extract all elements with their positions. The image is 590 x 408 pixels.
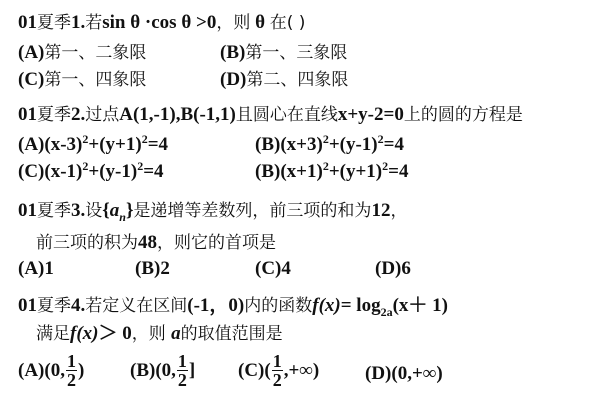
option-value: 4	[281, 258, 291, 279]
q2-season: 夏季	[37, 105, 71, 125]
option-expr: (x-1)	[44, 161, 82, 182]
question-2-stem: 01夏季2.过点A(1,-1),B(-1,1)且圆心在直线x+y-2=0上的圆的…	[18, 104, 523, 126]
q1-option-c: (C)第一、四象限	[18, 69, 146, 91]
option-expr: +(y+1)	[88, 134, 141, 155]
q2-line-equation: x+y-2=0	[338, 104, 404, 125]
q2-points: A(1,-1),B(-1,1)	[119, 104, 236, 125]
option-label: (A)	[18, 258, 44, 279]
q1-text: 若	[85, 13, 102, 33]
q2-prefix: 01	[18, 104, 37, 125]
q1-season: 夏季	[37, 13, 71, 33]
q4-number: 4.	[71, 295, 85, 316]
q3-text: ，	[390, 201, 407, 221]
q4-option-c: (C)( 12 ,+∞)	[238, 352, 319, 389]
q1-blank: 在( )	[270, 13, 306, 33]
q3-text: ，则它的首项是	[157, 233, 276, 253]
option-expr: (x-3)	[44, 134, 82, 155]
q2-option-c: (C)(x-1)2+(y-1)2=4	[18, 161, 164, 183]
option-expr: +(y+1)	[329, 161, 382, 182]
option-label: (B)	[255, 134, 280, 155]
option-expr: =4	[384, 134, 404, 155]
question-4-stem: 01夏季4.若定义在区间(-1，0)内的函数f(x)= log2a(x＋ 1)	[18, 295, 448, 317]
option-value: 6	[401, 258, 411, 279]
question-4-stem-line2: 满足f(x)＞ 0，则 a的取值范围是	[36, 323, 283, 345]
q4-function-arg: (x)	[76, 323, 98, 344]
option-expr: +(y-1)	[88, 161, 137, 182]
option-text: 第一、四象限	[44, 70, 146, 90]
q4-prefix: 01	[18, 295, 37, 316]
option-label: (C)	[18, 69, 44, 90]
option-value: 2	[160, 258, 170, 279]
q4-option-b: (B)(0, 12 ]	[130, 352, 195, 389]
q3-season: 夏季	[37, 201, 71, 221]
q3-brace: {	[102, 200, 110, 221]
option-text: 第一、三象限	[245, 43, 347, 63]
q3-option-c: (C)4	[255, 258, 291, 280]
q3-text: 设	[85, 201, 102, 221]
fraction: 12	[66, 352, 77, 389]
option-label: (D)	[220, 69, 246, 90]
q2-text: 上的圆的方程是	[404, 105, 523, 125]
option-label: (B)	[130, 360, 155, 382]
q4-text: 内的函数	[244, 296, 312, 316]
q4-variable-a: a	[171, 323, 181, 344]
option-expr: (0,+∞)	[391, 363, 442, 385]
q2-option-a: (A)(x-3)2+(y+1)2=4	[18, 134, 168, 156]
q3-sum: 12	[371, 200, 390, 221]
q1-text: ，则	[216, 13, 250, 33]
q4-option-a: (A)(0, 12 )	[18, 352, 84, 389]
q2-option-d: (B)(x+1)2+(y+1)2=4	[255, 161, 408, 183]
option-expr: =4	[388, 161, 408, 182]
q3-product: 48	[138, 232, 157, 253]
q3-prefix: 01	[18, 200, 37, 221]
fraction: 12	[272, 352, 283, 389]
q2-option-b: (B)(x+3)2+(y-1)2=4	[255, 134, 404, 156]
q2-text: 过点	[85, 105, 119, 125]
q1-option-d: (D)第二、四象限	[220, 69, 348, 91]
q1-number: 1.	[71, 12, 85, 33]
q3-option-a: (A)1	[18, 258, 54, 280]
numerator: 1	[272, 352, 283, 371]
question-1-stem: 01夏季1.若sin θ ·cos θ >0，则 θ 在( )	[18, 12, 305, 34]
q4-interval: (-1，0)	[187, 295, 244, 316]
q3-option-d: (D)6	[375, 258, 411, 280]
q4-text: 若定义在区间	[85, 296, 187, 316]
q1-option-a: (A)第一、二象限	[18, 42, 146, 64]
q4-text: ，则	[132, 324, 171, 344]
q3-number: 3.	[71, 200, 85, 221]
option-label: (C)	[238, 360, 264, 382]
option-label: (D)	[365, 363, 391, 385]
q2-number: 2.	[71, 104, 85, 125]
q4-log: = log	[341, 295, 381, 316]
denominator: 2	[177, 371, 188, 389]
option-label: (D)	[375, 258, 401, 279]
numerator: 1	[177, 352, 188, 371]
option-expr: =4	[143, 161, 163, 182]
q4-function-arg: (x)	[319, 295, 341, 316]
question-3-stem-line2: 前三项的积为48，则它的首项是	[36, 232, 276, 254]
q3-subscript: n	[119, 210, 126, 224]
option-label: (B)	[220, 42, 245, 63]
option-expr: )	[78, 360, 84, 382]
q3-sequence-var: a	[110, 200, 120, 221]
option-label: (B)	[135, 258, 160, 279]
q4-text: 满足	[36, 324, 70, 344]
option-text: 第二、四象限	[246, 70, 348, 90]
q4-log-base: 2a	[381, 305, 393, 319]
option-expr: ,+∞)	[284, 360, 319, 382]
denominator: 2	[66, 371, 77, 389]
q1-prefix: 01	[18, 12, 37, 33]
option-expr: (	[264, 360, 270, 382]
option-expr: ]	[189, 360, 195, 382]
option-label: (A)	[18, 360, 44, 382]
option-expr: =4	[148, 134, 168, 155]
q3-option-b: (B)2	[135, 258, 170, 280]
option-value: 1	[44, 258, 54, 279]
question-3-stem: 01夏季3.设{an}是递增等差数列，前三项的和为12，	[18, 200, 407, 222]
fraction: 12	[177, 352, 188, 389]
q1-expression: sin θ ·cos θ >0	[102, 12, 216, 33]
q3-text: 前三项的积为	[36, 233, 138, 253]
q1-option-b: (B)第一、三象限	[220, 42, 347, 64]
q4-option-d: (D)(0,+∞)	[365, 363, 443, 385]
denominator: 2	[272, 371, 283, 389]
option-label: (A)	[18, 42, 44, 63]
option-expr: (0,	[44, 360, 65, 382]
q1-theta: θ	[250, 12, 269, 33]
numerator: 1	[66, 352, 77, 371]
option-text: 第一、二象限	[44, 43, 146, 63]
option-expr: +(y-1)	[329, 134, 378, 155]
option-expr: (x+3)	[280, 134, 322, 155]
q4-log-arg: (x＋ 1)	[393, 295, 448, 316]
q4-condition: ＞ 0	[98, 323, 131, 344]
option-expr: (0,	[155, 360, 176, 382]
q4-season: 夏季	[37, 296, 71, 316]
option-label: (C)	[255, 258, 281, 279]
option-label: (C)	[18, 161, 44, 182]
q4-text: 的取值范围是	[181, 324, 283, 344]
option-label: (A)	[18, 134, 44, 155]
option-expr: (x+1)	[280, 161, 322, 182]
option-label: (B)	[255, 161, 280, 182]
q2-text: 且圆心在直线	[236, 105, 338, 125]
q3-text: 是递增等差数列，前三项的和为	[133, 201, 371, 221]
